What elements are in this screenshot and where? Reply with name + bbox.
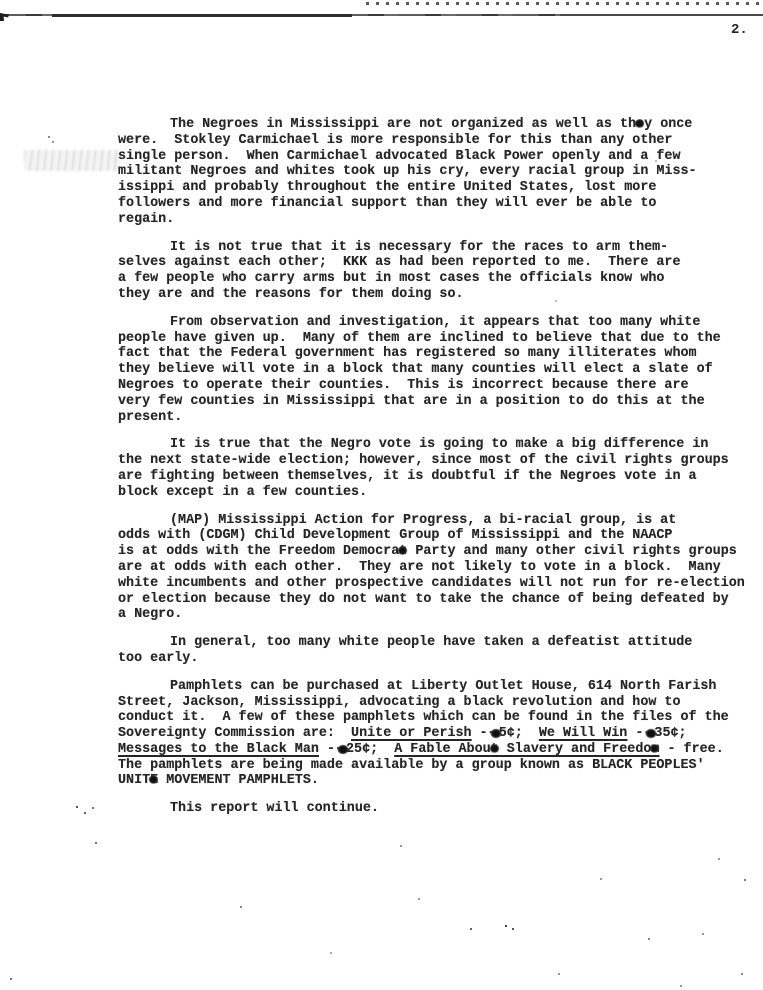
paragraph: The Negroes in Mississippi are not organ… xyxy=(118,117,758,228)
text-run: (MAP) Mississippi Action for Progress, a… xyxy=(170,513,676,528)
paragraph: It is true that the Negro vote is going … xyxy=(118,437,758,500)
text-line: From observation and investigation, it a… xyxy=(118,315,758,331)
underlined-title-text: A Fable Abou xyxy=(394,742,490,757)
text-line: followers and more financial support tha… xyxy=(118,196,758,212)
scan-noise xyxy=(0,0,2,2)
text-run: is at odds with the Freedom Democra xyxy=(118,544,399,559)
text-line: fact that the Federal government has reg… xyxy=(118,346,758,362)
text-line: were. Stokley Carmichael is more respons… xyxy=(118,133,758,149)
text-run: a few people who carry arms but in most … xyxy=(118,271,664,286)
paragraph: (MAP) Mississippi Action for Progress, a… xyxy=(118,513,758,624)
text-line: (MAP) Mississippi Action for Progress, a… xyxy=(118,513,758,529)
text-line: The Negroes in Mississippi are not organ… xyxy=(118,117,758,133)
text-run: Negroes to operate their counties. This … xyxy=(118,378,689,393)
underlined-title-text: Unite or Perish xyxy=(351,726,472,741)
text-run: - free. xyxy=(659,742,723,757)
scan-artifact-edge-line xyxy=(0,14,763,16)
text-line: Sovereignty Commission are: Unite or Per… xyxy=(118,726,758,742)
page-number: 2. xyxy=(731,22,748,38)
paragraph: From observation and investigation, it a… xyxy=(118,315,758,426)
text-line: Street, Jackson, Mississippi, advocating… xyxy=(118,695,758,711)
text-line: a Negro. xyxy=(118,607,758,623)
paragraph: In general, too many white people have t… xyxy=(118,635,758,667)
underlined-title-text: Slavery and Freedo xyxy=(499,742,652,757)
text-run: very few counties in Mississippi that ar… xyxy=(118,394,705,409)
text-line: It is not true that it is necessary for … xyxy=(118,240,758,256)
overstruck-text: t xyxy=(399,544,407,560)
text-line: very few counties in Mississippi that ar… xyxy=(118,394,758,410)
text-line: are at odds with each other. They are no… xyxy=(118,560,758,576)
underlined-title-text: Messages to the Black Man xyxy=(118,742,319,757)
text-line: white incumbents and other prospective c… xyxy=(118,576,758,592)
text-run: or election because they do not want to … xyxy=(118,592,729,607)
text-line: This report will continue. xyxy=(118,801,758,817)
text-run: Sovereignty Commission are: xyxy=(118,726,351,741)
scanned-page: 2. The Negroes in Mississippi are not or… xyxy=(0,0,763,990)
text-line: issippi and probably throughout the enti… xyxy=(118,180,758,196)
text-run: Party and many other civil rights groups xyxy=(407,544,736,559)
text-run: block except in a few counties. xyxy=(118,485,367,500)
text-line: odds with (CDGM) Child Development Group… xyxy=(118,528,758,544)
paragraph: It is not true that it is necessary for … xyxy=(118,240,758,303)
text-run: followers and more financial support tha… xyxy=(118,196,656,211)
text-line: militant Negroes and whites took up his … xyxy=(118,164,758,180)
text-line: It is true that the Negro vote is going … xyxy=(118,437,758,453)
margin-smudge xyxy=(24,150,120,171)
text-run: Street, Jackson, Mississippi, advocating… xyxy=(118,695,681,710)
text-line: they are and the reasons for them doing … xyxy=(118,287,758,303)
text-run: are fighting between themselves, it is d… xyxy=(118,469,697,484)
text-line: too early. xyxy=(118,651,758,667)
text-run: This report will continue. xyxy=(170,801,379,816)
text-line: The pamphlets are being made available b… xyxy=(118,758,758,774)
text-line: or election because they do not want to … xyxy=(118,592,758,608)
overstruck-text: E xyxy=(150,773,158,789)
ink-blot xyxy=(336,743,350,756)
paragraph: Pamphlets can be purchased at Liberty Ou… xyxy=(118,679,758,790)
text-line: are fighting between themselves, it is d… xyxy=(118,469,758,485)
text-run: too early. xyxy=(118,651,198,666)
text-line: single person. When Carmichael advocated… xyxy=(118,149,758,165)
text-run: In general, too many white people have t… xyxy=(170,635,692,650)
text-line: a few people who carry arms but in most … xyxy=(118,271,758,287)
text-line: people have given up. Many of them are i… xyxy=(118,331,758,347)
text-line: selves against each other; KKK as had be… xyxy=(118,255,758,271)
text-run: fact that the Federal government has reg… xyxy=(118,346,697,361)
text-line: they believe will vote in a block that m… xyxy=(118,362,758,378)
text-run: the next state-wide election; however, s… xyxy=(118,453,729,468)
text-run: 25¢; xyxy=(346,742,394,757)
text-run: y once xyxy=(644,117,692,132)
text-line: present. xyxy=(118,410,758,426)
document-body: The Negroes in Mississippi are not organ… xyxy=(118,117,758,829)
text-run: they are and the reasons for them doing … xyxy=(118,287,464,302)
text-run: are at odds with each other. They are no… xyxy=(118,560,721,575)
text-run: present. xyxy=(118,410,182,425)
text-run: selves against each other; KKK as had be… xyxy=(118,255,681,270)
text-run: were. Stokley Carmichael is more respons… xyxy=(118,133,672,148)
text-line: is at odds with the Freedom Democrat Par… xyxy=(118,544,758,560)
text-run: It is true that the Negro vote is going … xyxy=(170,437,708,452)
underlined-title-text: We Will Win xyxy=(539,726,627,741)
overstruck-text: e xyxy=(636,117,644,133)
text-run: The Negroes in Mississippi are not organ… xyxy=(170,117,636,132)
text-line: UNITE MOVEMENT PAMPHLETS. xyxy=(118,773,758,789)
text-run: militant Negroes and whites took up his … xyxy=(118,164,697,179)
text-run: conduct it. A few of these pamphlets whi… xyxy=(118,710,729,725)
text-run: single person. When Carmichael advocated… xyxy=(118,149,681,164)
text-run: they believe will vote in a block that m… xyxy=(118,362,713,377)
text-line: the next state-wide election; however, s… xyxy=(118,453,758,469)
underlined-title-text: m xyxy=(651,742,659,758)
text-run: people have given up. Many of them are i… xyxy=(118,331,721,346)
text-line: conduct it. A few of these pamphlets whi… xyxy=(118,710,758,726)
text-run: Pamphlets can be purchased at Liberty Ou… xyxy=(170,679,716,694)
text-run: 5¢; xyxy=(499,726,539,741)
paragraph: This report will continue. xyxy=(118,801,758,817)
text-run: odds with (CDGM) Child Development Group… xyxy=(118,528,672,543)
text-run: It is not true that it is necessary for … xyxy=(170,240,668,255)
text-line: Messages to the Black Man --25¢; A Fable… xyxy=(118,742,758,758)
text-line: Pamphlets can be purchased at Liberty Ou… xyxy=(118,679,758,695)
text-run: issippi and probably throughout the enti… xyxy=(118,180,656,195)
text-line: Negroes to operate their counties. This … xyxy=(118,378,758,394)
text-run: regain. xyxy=(118,212,174,227)
text-line: block except in a few counties. xyxy=(118,485,758,501)
text-run: UNIT xyxy=(118,773,150,788)
text-line: In general, too many white people have t… xyxy=(118,635,758,651)
text-run: a Negro. xyxy=(118,607,182,622)
text-run: MOVEMENT PAMPHLETS. xyxy=(158,773,319,788)
scan-artifact-dotted-line xyxy=(366,2,763,5)
text-run: From observation and investigation, it a… xyxy=(170,315,700,330)
text-run: The pamphlets are being made available b… xyxy=(118,758,705,773)
text-line: regain. xyxy=(118,212,758,228)
text-run: 35¢; xyxy=(654,726,686,741)
underlined-title-text: t xyxy=(491,742,499,758)
text-run: white incumbents and other prospective c… xyxy=(118,576,745,591)
ink-blot xyxy=(489,727,503,740)
